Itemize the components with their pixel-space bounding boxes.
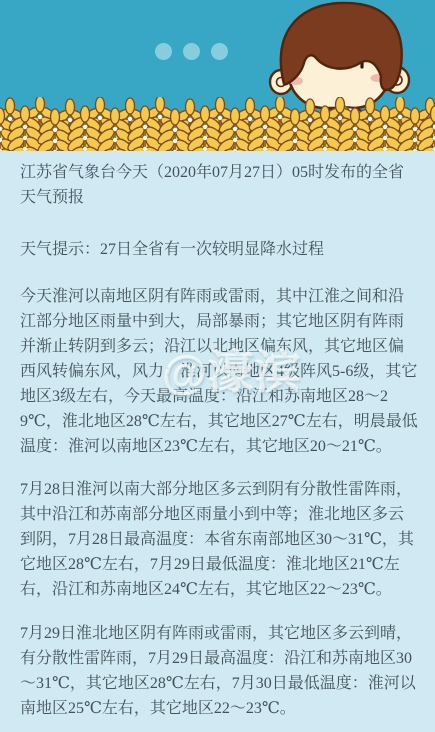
forecast-today: 今天淮河以南地区阴有阵雨或雷雨，其中江淮之间和沿江部分地区雨量中到大，局部暴雨；… <box>20 284 418 459</box>
banner <box>0 0 435 151</box>
dot-icon <box>183 43 200 60</box>
dot-icon <box>211 43 228 60</box>
wheat-field-illustration <box>0 97 435 151</box>
weather-forecast-post: 江苏省气象台今天（2020年07月27日）05时发布的全省天气预报 天气提示：2… <box>0 0 435 732</box>
ellipsis-dots-icon <box>155 43 228 60</box>
dot-icon <box>155 43 172 60</box>
forecast-body: 江苏省气象台今天（2020年07月27日）05时发布的全省天气预报 天气提示：2… <box>0 151 435 721</box>
forecast-jul29: 7月29日淮北地区阴有阵雨或雷雨，其它地区多云到晴，有分散性雷阵雨，7月29日最… <box>20 621 418 721</box>
forecast-issued-line: 江苏省气象台今天（2020年07月27日）05时发布的全省天气预报 <box>20 160 418 210</box>
weather-tip: 天气提示：27日全省有一次较明显降水过程 <box>20 237 418 262</box>
forecast-jul28: 7月28日淮河以南大部分地区多云到阴有分散性雷阵雨，其中沿江和苏南部分地区雨量小… <box>20 477 418 602</box>
